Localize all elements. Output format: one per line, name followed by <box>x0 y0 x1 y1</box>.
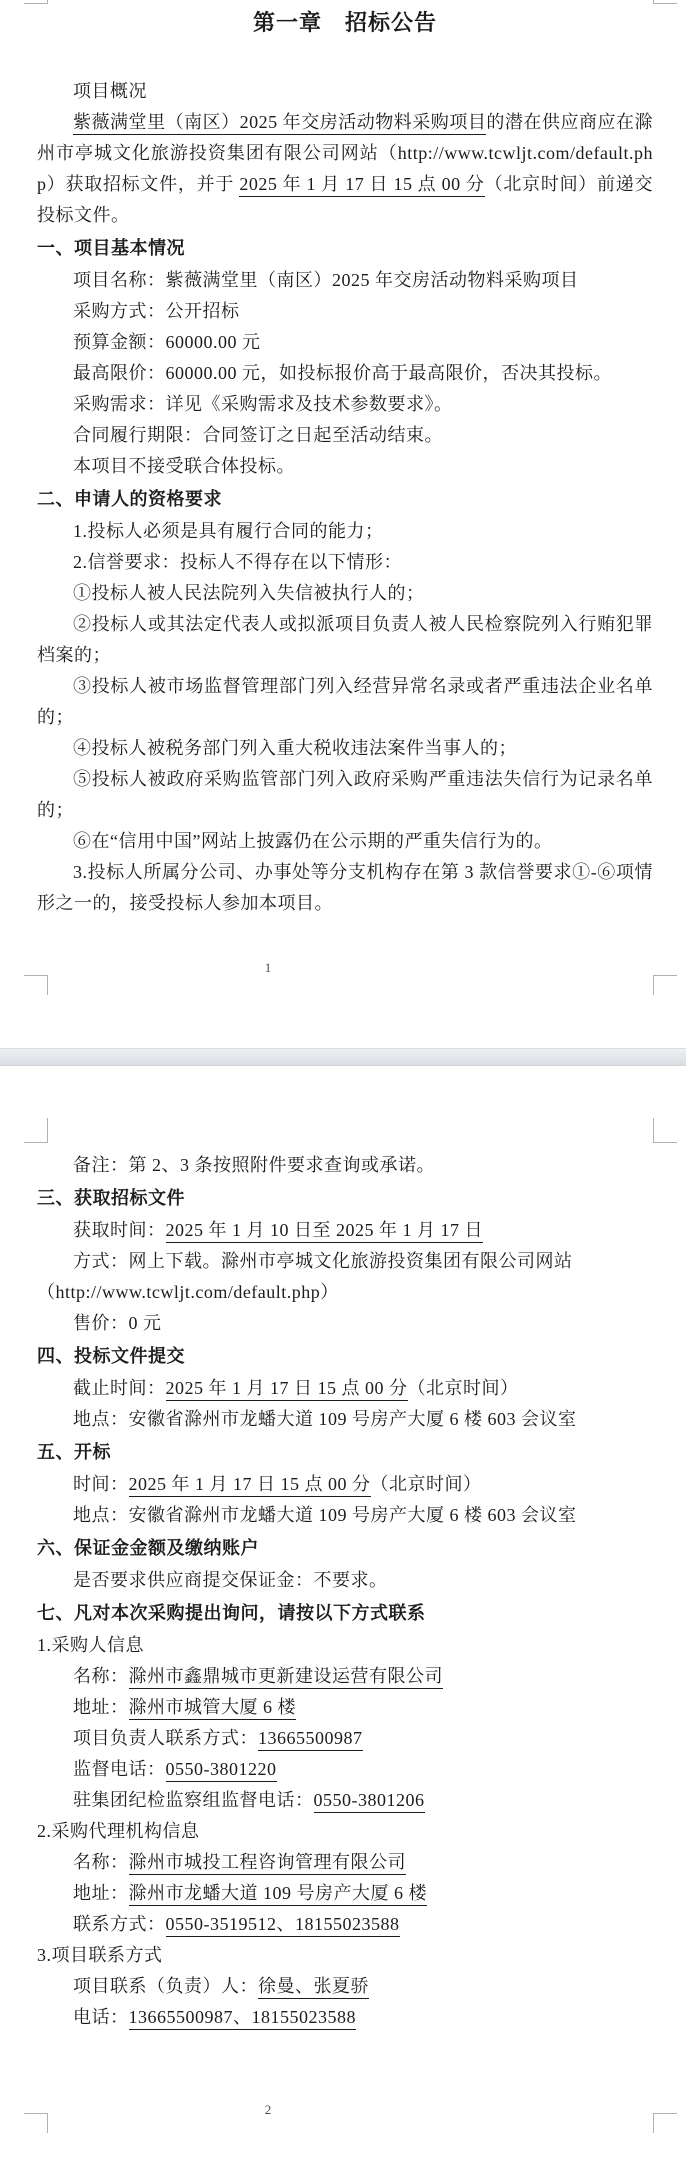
text-run: 项目负责人联系方式： <box>73 1728 258 1748</box>
paragraph: 项目名称：紫薇满堂里（南区）2025 年交房活动物料采购项目 <box>37 265 653 296</box>
text-run: ⑤投标人被政府采购监管部门列入政府采购严重违法失信行为记录名单的； <box>37 769 653 820</box>
text-run: 预算金额：60000.00 元 <box>73 332 261 352</box>
paragraph: 备注：第 2、3 条按照附件要求查询或承诺。 <box>37 1150 653 1181</box>
text-run: 名称： <box>73 1852 129 1872</box>
text-run: 采购方式：公开招标 <box>73 301 240 321</box>
text-run: 一、项目基本情况 <box>37 238 185 258</box>
underlined-text: 徐曼、张夏骄 <box>258 1976 369 1999</box>
paragraph: 最高限价：60000.00 元，如投标报价高于最高限价，否决其投标。 <box>37 358 653 389</box>
text-run: 截止时间： <box>73 1378 166 1398</box>
underlined-text: 13665500987 <box>258 1728 363 1751</box>
text-run: 最高限价：60000.00 元，如投标报价高于最高限价，否决其投标。 <box>73 363 612 383</box>
page-number: 2 <box>0 2102 536 2118</box>
text-run: 3.投标人所属分公司、办事处等分支机构存在第 3 款信誉要求①-⑥项情形之一的，… <box>37 862 653 913</box>
text-run: 联系方式： <box>73 1914 166 1934</box>
paragraph: 截止时间：2025 年 1 月 17 日 15 点 00 分（北京时间） <box>37 1373 653 1404</box>
margin-mark-bottom-right <box>653 2113 677 2133</box>
text-run: 地点：安徽省滁州市龙蟠大道 109 号房产大厦 6 楼 603 会议室 <box>73 1409 577 1429</box>
paragraph: ④投标人被税务部门列入重大税收违法案件当事人的； <box>37 733 653 764</box>
text-run: （北京时间） <box>371 1474 482 1494</box>
text-run: ①投标人被人民法院列入失信被执行人的； <box>73 583 425 603</box>
margin-mark-top-left <box>24 1118 48 1143</box>
paragraph: ①投标人被人民法院列入失信被执行人的； <box>37 578 653 609</box>
text-run: 第一章 招标公告 <box>253 10 437 35</box>
paragraph: 地址：滁州市城管大厦 6 楼 <box>37 1692 653 1723</box>
paragraph: ⑥在“信用中国”网站上披露仍在公示期的严重失信行为的。 <box>37 826 653 857</box>
paragraph: 采购需求：详见《采购需求及技术参数要求》。 <box>37 389 653 420</box>
paragraph: 时间：2025 年 1 月 17 日 15 点 00 分（北京时间） <box>37 1469 653 1500</box>
subsection-label: 2.采购代理机构信息 <box>37 1816 653 1847</box>
text-run: （北京时间） <box>408 1378 519 1398</box>
margin-mark-bottom-left <box>24 975 48 995</box>
text-run: ③投标人被市场监督管理部门列入经营异常名录或者严重违法企业名单的； <box>37 676 653 727</box>
text-run: 地址： <box>73 1697 129 1717</box>
text-run: 项目联系（负责）人： <box>73 1976 258 1996</box>
paragraph: 采购方式：公开招标 <box>37 296 653 327</box>
paragraph: 地址：滁州市龙蟠大道 109 号房产大厦 6 楼 <box>37 1878 653 1909</box>
text-run: 驻集团纪检监察组监督电话： <box>73 1790 314 1810</box>
margin-mark-top-right <box>653 0 677 4</box>
document-title: 第一章 招标公告 <box>37 6 653 40</box>
margin-mark-top-left <box>24 0 48 4</box>
paragraph: 项目概况 <box>37 76 653 107</box>
section-heading: 四、投标文件提交 <box>37 1339 653 1373</box>
paragraph: 监督电话：0550-3801220 <box>37 1754 653 1785</box>
text-run: 地址： <box>73 1883 129 1903</box>
section-heading: 二、申请人的资格要求 <box>37 482 653 516</box>
paragraph: ③投标人被市场监督管理部门列入经营异常名录或者严重违法企业名单的； <box>37 671 653 733</box>
paragraph: 项目联系（负责）人：徐曼、张夏骄 <box>37 1971 653 2002</box>
subsection-label: 1.采购人信息 <box>37 1630 653 1661</box>
text-run: 项目名称：紫薇满堂里（南区）2025 年交房活动物料采购项目 <box>73 270 579 290</box>
underlined-text: 2025 年 1 月 17 日 15 点 00 分 <box>129 1474 371 1497</box>
text-run: 获取时间： <box>73 1220 166 1240</box>
text-run: 合同履行期限：合同签订之日起至活动结束。 <box>73 425 443 445</box>
underlined-text: 2025 年 1 月 10 日至 2025 年 1 月 17 日 <box>166 1220 484 1243</box>
paragraph: 获取时间：2025 年 1 月 10 日至 2025 年 1 月 17 日 <box>37 1215 653 1246</box>
paragraph: ②投标人或其法定代表人或拟派项目负责人被人民检察院列入行贿犯罪档案的； <box>37 609 653 671</box>
section-heading: 三、获取招标文件 <box>37 1181 653 1215</box>
document-viewer: 第一章 招标公告项目概况紫薇满堂里（南区）2025 年交房活动物料采购项目的潜在… <box>0 0 686 2162</box>
paragraph: 地点：安徽省滁州市龙蟠大道 109 号房产大厦 6 楼 603 会议室 <box>37 1500 653 1531</box>
text-run: 监督电话： <box>73 1759 166 1779</box>
paragraph: ⑤投标人被政府采购监管部门列入政府采购严重违法失信行为记录名单的； <box>37 764 653 826</box>
text-run: ⑥在“信用中国”网站上披露仍在公示期的严重失信行为的。 <box>73 831 552 851</box>
paragraph: 联系方式：0550-3519512、18155023588 <box>37 1909 653 1940</box>
text-run: 方式：网上下载。滁州市亭城文化旅游投资集团有限公司网站 <box>73 1251 573 1271</box>
page-number: 1 <box>0 960 536 976</box>
underlined-text: 滁州市城管大厦 6 楼 <box>129 1697 297 1720</box>
page-break-divider <box>0 1048 686 1066</box>
paragraph: 售价：0 元 <box>37 1308 653 1339</box>
text-run: 时间： <box>73 1474 129 1494</box>
paragraph: 名称：滁州市城投工程咨询管理有限公司 <box>37 1847 653 1878</box>
underlined-text: 滁州市鑫鼎城市更新建设运营有限公司 <box>129 1666 444 1689</box>
text-run: 2.信誉要求：投标人不得存在以下情形： <box>73 552 402 572</box>
page-1: 第一章 招标公告项目概况紫薇满堂里（南区）2025 年交房活动物料采购项目的潜在… <box>0 0 686 1048</box>
underlined-text: 滁州市龙蟠大道 109 号房产大厦 6 楼 <box>129 1883 428 1906</box>
text-run: 七、凡对本次采购提出询问，请按以下方式联系 <box>37 1603 426 1623</box>
paragraph: 合同履行期限：合同签订之日起至活动结束。 <box>37 420 653 451</box>
text-run: 六、保证金金额及缴纳账户 <box>37 1538 259 1558</box>
text-run: 3.项目联系方式 <box>37 1945 163 1965</box>
text-run: （http://www.tcwljt.com/default.php） <box>37 1282 339 1302</box>
page-content: 第一章 招标公告项目概况紫薇满堂里（南区）2025 年交房活动物料采购项目的潜在… <box>37 6 653 919</box>
page-content: 备注：第 2、3 条按照附件要求查询或承诺。三、获取招标文件获取时间：2025 … <box>37 1150 653 2033</box>
page-2: 备注：第 2、3 条按照附件要求查询或承诺。三、获取招标文件获取时间：2025 … <box>0 1066 686 2162</box>
text-run: 名称： <box>73 1666 129 1686</box>
section-heading: 六、保证金金额及缴纳账户 <box>37 1531 653 1565</box>
text-run: 是否要求供应商提交保证金：不要求。 <box>73 1570 388 1590</box>
paragraph: 是否要求供应商提交保证金：不要求。 <box>37 1565 653 1596</box>
text-run: ②投标人或其法定代表人或拟派项目负责人被人民检察院列入行贿犯罪档案的； <box>37 614 653 665</box>
underlined-text: 紫薇满堂里（南区）2025 年交房活动物料采购项目 <box>73 112 486 135</box>
underlined-text: 2025 年 1 月 17 日 15 点 00 分 <box>166 1378 408 1401</box>
text-run: 项目概况 <box>73 81 147 101</box>
text-run: 2.采购代理机构信息 <box>37 1821 200 1841</box>
text-run: 三、获取招标文件 <box>37 1188 185 1208</box>
paragraph: 项目负责人联系方式：13665500987 <box>37 1723 653 1754</box>
text-run: 采购需求：详见《采购需求及技术参数要求》。 <box>73 394 453 414</box>
text-run: ④投标人被税务部门列入重大税收违法案件当事人的； <box>73 738 517 758</box>
underlined-text: 滁州市城投工程咨询管理有限公司 <box>129 1852 407 1875</box>
margin-mark-top-right <box>653 1118 677 1143</box>
underlined-text: 0550-3801206 <box>314 1790 425 1813</box>
underlined-text: 0550-3519512、18155023588 <box>166 1914 400 1937</box>
paragraph: 地点：安徽省滁州市龙蟠大道 109 号房产大厦 6 楼 603 会议室 <box>37 1404 653 1435</box>
subsection-label: 3.项目联系方式 <box>37 1940 653 1971</box>
paragraph: 方式：网上下载。滁州市亭城文化旅游投资集团有限公司网站（http://www.t… <box>37 1246 653 1308</box>
text-run: 二、申请人的资格要求 <box>37 489 222 509</box>
text-run: 1.采购人信息 <box>37 1635 144 1655</box>
underlined-text: 13665500987、18155023588 <box>129 2007 357 2030</box>
underlined-text: 2025 年 1 月 17 日 15 点 00 分 <box>239 174 484 197</box>
paragraph: 2.信誉要求：投标人不得存在以下情形： <box>37 547 653 578</box>
paragraph: 3.投标人所属分公司、办事处等分支机构存在第 3 款信誉要求①-⑥项情形之一的，… <box>37 857 653 919</box>
text-run: 备注：第 2、3 条按照附件要求查询或承诺。 <box>73 1155 435 1175</box>
text-run: 售价：0 元 <box>73 1313 162 1333</box>
text-run: 1.投标人必须是具有履行合同的能力； <box>73 521 384 541</box>
paragraph: 名称：滁州市鑫鼎城市更新建设运营有限公司 <box>37 1661 653 1692</box>
paragraph: 电话：13665500987、18155023588 <box>37 2002 653 2033</box>
paragraph: 本项目不接受联合体投标。 <box>37 451 653 482</box>
paragraph: 驻集团纪检监察组监督电话：0550-3801206 <box>37 1785 653 1816</box>
section-heading: 七、凡对本次采购提出询问，请按以下方式联系 <box>37 1596 653 1630</box>
section-heading: 一、项目基本情况 <box>37 231 653 265</box>
section-heading: 五、开标 <box>37 1435 653 1469</box>
underlined-text: 0550-3801220 <box>166 1759 277 1782</box>
paragraph: 紫薇满堂里（南区）2025 年交房活动物料采购项目的潜在供应商应在滁州市亭城文化… <box>37 107 653 231</box>
margin-mark-bottom-right <box>653 975 677 995</box>
text-run: 四、投标文件提交 <box>37 1346 185 1366</box>
text-run: 地点：安徽省滁州市龙蟠大道 109 号房产大厦 6 楼 603 会议室 <box>73 1505 577 1525</box>
text-run: 五、开标 <box>37 1442 111 1462</box>
paragraph: 1.投标人必须是具有履行合同的能力； <box>37 516 653 547</box>
text-run: 本项目不接受联合体投标。 <box>73 456 295 476</box>
paragraph: 预算金额：60000.00 元 <box>37 327 653 358</box>
text-run: 电话： <box>73 2007 129 2027</box>
